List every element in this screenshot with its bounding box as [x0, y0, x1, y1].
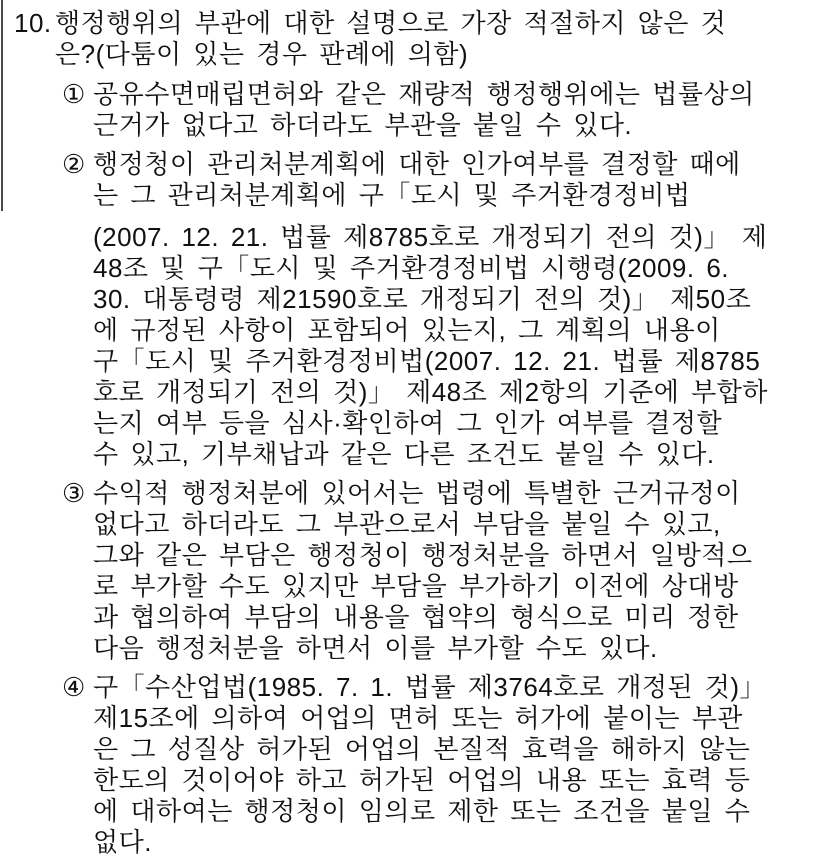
option-1-text: 공유수면매립면허와 같은 재량적 행정행위에는 법률상의 근거가 없다고 하더라… [93, 79, 816, 141]
option-line: 수 있고, 기부채납과 같은 다른 조건도 붙일 수 있다. [93, 439, 816, 470]
option-line: 수익적 행정처분에 있어서는 법령에 특별한 근거규정이 [93, 478, 816, 509]
option-line: 48조 및 구「도시 및 주거환경정비법 시행령(2009. 6. [93, 253, 816, 284]
option-line: 한도의 것이어야 하고 허가된 어업의 내용 또는 효력 등 [93, 765, 816, 796]
option-4-paragraph: 구「수산업법(1985. 7. 1. 법률 제3764호로 개정된 것)」 제1… [93, 672, 816, 854]
question-line: 행정행위의 부관에 대한 설명으로 가장 적절하지 않은 것 [55, 8, 816, 39]
option-3: ③ 수익적 행정처분에 있어서는 법령에 특별한 근거규정이 없다고 하더라도 … [14, 478, 816, 664]
option-line: 다음 행정처분을 하면서 이를 부가할 수도 있다. [93, 633, 816, 664]
option-line: 공유수면매립면허와 같은 재량적 행정행위에는 법률상의 [93, 79, 816, 110]
option-line: 근거가 없다고 하더라도 부관을 붙일 수 있다. [93, 110, 816, 141]
option-line: 없다고 하더라도 그 부관으로서 부담을 붙일 수 있고, [93, 509, 816, 540]
option-line: 은 그 성질상 허가된 어업의 본질적 효력을 해하지 않는 [93, 734, 816, 765]
option-line: 제15조에 의하여 어업의 면허 또는 허가에 붙이는 부관 [93, 703, 816, 734]
option-line: 에 규정된 사항이 포함되어 있는지, 그 계획의 내용이 [93, 315, 816, 346]
option-line: 에 대하여는 행정청이 임의로 제한 또는 조건을 붙일 수 [93, 796, 816, 827]
question-line: 은?(다툼이 있는 경우 판례에 의함) [55, 39, 816, 70]
option-2-paragraph-2: (2007. 12. 21. 법률 제8785호로 개정되기 전의 것)」 제 … [93, 222, 816, 470]
option-line: 구「도시 및 주거환경정비법(2007. 12. 21. 법률 제8785 [93, 346, 816, 377]
option-3-marker: ③ [62, 478, 93, 664]
option-1-paragraph: 공유수면매립면허와 같은 재량적 행정행위에는 법률상의 근거가 없다고 하더라… [93, 79, 816, 141]
exam-page: 10. 행정행위의 부관에 대한 설명으로 가장 적절하지 않은 것 은?(다툼… [0, 0, 826, 854]
option-line: (2007. 12. 21. 법률 제8785호로 개정되기 전의 것)」 제 [93, 222, 816, 253]
option-4-text: 구「수산업법(1985. 7. 1. 법률 제3764호로 개정된 것)」 제1… [93, 672, 816, 854]
option-2-text: 행정청이 관리처분계획에 대한 인가여부를 결정할 때에 는 그 관리처분계획에… [93, 149, 816, 470]
option-line: 과 협의하여 부담의 내용을 협약의 형식으로 미리 정한 [93, 602, 816, 633]
option-line: 호로 개정되기 전의 것)」 제48조 제2항의 기준에 부합하 [93, 377, 816, 408]
option-line: 없다. [93, 827, 816, 854]
option-1: ① 공유수면매립면허와 같은 재량적 행정행위에는 법률상의 근거가 없다고 하… [14, 79, 816, 141]
option-line: 행정청이 관리처분계획에 대한 인가여부를 결정할 때에 [93, 149, 816, 180]
left-border-line [1, 0, 3, 211]
option-line: 그와 같은 부담은 행정청이 행정처분을 하면서 일방적으 [93, 540, 816, 571]
option-line: 30. 대통령령 제21590호로 개정되기 전의 것)」 제50조 [93, 284, 816, 315]
option-4-marker: ④ [62, 672, 93, 854]
option-2-paragraph-1: 행정청이 관리처분계획에 대한 인가여부를 결정할 때에 는 그 관리처분계획에… [93, 149, 816, 211]
option-line: 구「수산업법(1985. 7. 1. 법률 제3764호로 개정된 것)」 [93, 672, 816, 703]
option-3-text: 수익적 행정처분에 있어서는 법령에 특별한 근거규정이 없다고 하더라도 그 … [93, 478, 816, 664]
option-3-paragraph: 수익적 행정처분에 있어서는 법령에 특별한 근거규정이 없다고 하더라도 그 … [93, 478, 816, 664]
option-4: ④ 구「수산업법(1985. 7. 1. 법률 제3764호로 개정된 것)」 … [14, 672, 816, 854]
question-block: 10. 행정행위의 부관에 대한 설명으로 가장 적절하지 않은 것 은?(다툼… [14, 8, 816, 70]
option-2: ② 행정청이 관리처분계획에 대한 인가여부를 결정할 때에 는 그 관리처분계… [14, 149, 816, 470]
option-2-marker: ② [62, 149, 93, 470]
option-line: 로 부가할 수도 있지만 부담을 부가하기 이전에 상대방 [93, 571, 816, 602]
option-line: 는지 여부 등을 심사·확인하여 그 인가 여부를 결정할 [93, 408, 816, 439]
option-1-marker: ① [62, 79, 93, 141]
question-text: 행정행위의 부관에 대한 설명으로 가장 적절하지 않은 것 은?(다툼이 있는… [55, 8, 816, 70]
option-line: 는 그 관리처분계획에 구「도시 및 주거환경정비법 [93, 180, 816, 211]
question-number: 10. [14, 8, 55, 70]
